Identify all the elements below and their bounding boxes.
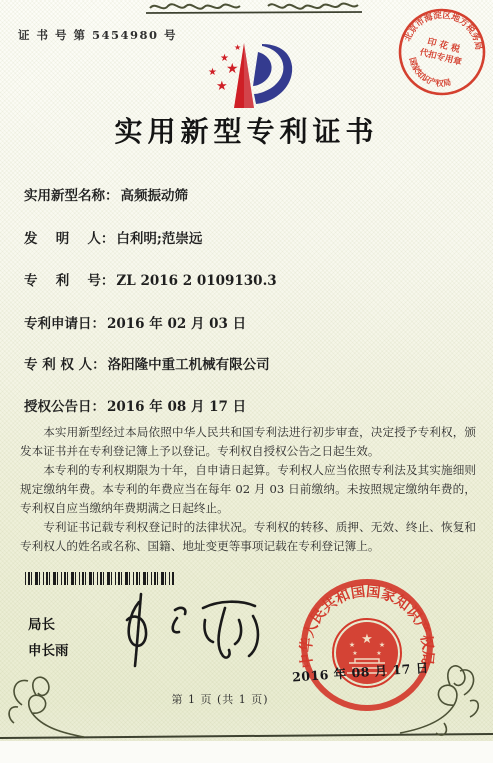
certificate-title: 实用新型专利证书 bbox=[0, 110, 493, 150]
patent-certificate-page: { "certificate": { "cert_number": "证 书 号… bbox=[0, 0, 493, 763]
field-patent-number: 专 利 号：ZL 2016 2 0109130.3 bbox=[24, 269, 277, 289]
field-label: 专利申请日： bbox=[24, 316, 105, 332]
field-value: 2016 年 02 月 03 日 bbox=[107, 316, 246, 332]
signer-title: 局长 bbox=[28, 612, 69, 638]
logo-star-icon: ★ bbox=[208, 68, 217, 78]
logo-star-icon: ★ bbox=[226, 62, 239, 76]
field-value: 2016 年 08 月 17 日 bbox=[107, 399, 246, 415]
emblem-star-icon: ★ bbox=[376, 650, 381, 657]
field-label: 实用新型名称： bbox=[24, 188, 119, 204]
field-filing-date: 专利申请日：2016 年 02 月 03 日 bbox=[24, 312, 246, 332]
page-number: 第 1 页 (共 1 页) bbox=[0, 691, 440, 707]
legal-paragraph-3: 专利证书记载专利权登记时的法律状况。专利权的转移、质押、无效、终止、恢复和专利权… bbox=[20, 518, 476, 556]
emblem-star-icon: ★ bbox=[349, 641, 355, 649]
certificate-number: 证 书 号 第 5454980 号 bbox=[18, 27, 177, 43]
photo-bottom-margin bbox=[0, 741, 493, 763]
field-label: 发 明 人： bbox=[24, 231, 114, 247]
logo-star-icon: ★ bbox=[216, 80, 228, 93]
legal-text: 本实用新型经过本局依照中华人民共和国专利法进行初步审查，决定授予专利权，颁发本证… bbox=[20, 423, 476, 556]
field-patentee: 专 利 权 人：洛阳隆中重工机械有限公司 bbox=[24, 353, 270, 373]
field-value: ZL 2016 2 0109130.3 bbox=[116, 273, 276, 289]
legal-paragraph-1: 本实用新型经过本局依照中华人民共和国专利法进行初步审查，决定授予专利权，颁发本证… bbox=[20, 423, 476, 461]
field-value: 高频振动筛 bbox=[121, 188, 189, 204]
top-ornament-border-icon bbox=[146, 0, 362, 16]
field-label: 授权公告日： bbox=[24, 399, 105, 415]
field-label: 专 利 权 人： bbox=[24, 357, 106, 373]
barcode-icon bbox=[25, 572, 175, 585]
field-utility-model-name: 实用新型名称：高频振动筛 bbox=[24, 184, 188, 204]
field-label: 专 利 号： bbox=[24, 273, 114, 289]
signature-icon bbox=[105, 588, 275, 673]
emblem-star-icon: ★ bbox=[361, 632, 373, 647]
signer-name: 申长雨 bbox=[28, 638, 69, 664]
field-value: 洛阳隆中重工机械有限公司 bbox=[108, 357, 270, 373]
field-value: 白利明;范崇远 bbox=[116, 231, 202, 247]
signer-block: 局长 申长雨 bbox=[28, 612, 69, 664]
legal-paragraph-2: 本专利的专利权期限为十年，自申请日起算。专利权人应当依照专利法及其实施细则规定缴… bbox=[20, 461, 476, 518]
field-inventor: 发 明 人：白利明;范崇远 bbox=[24, 227, 202, 247]
field-grant-date: 授权公告日：2016 年 08 月 17 日 bbox=[24, 395, 246, 415]
emblem-star-icon: ★ bbox=[352, 650, 357, 657]
emblem-star-icon: ★ bbox=[379, 641, 385, 649]
logo-star-icon: ★ bbox=[234, 44, 241, 52]
sipo-logo-icon: ★ ★ ★ ★ ★ bbox=[196, 42, 296, 110]
